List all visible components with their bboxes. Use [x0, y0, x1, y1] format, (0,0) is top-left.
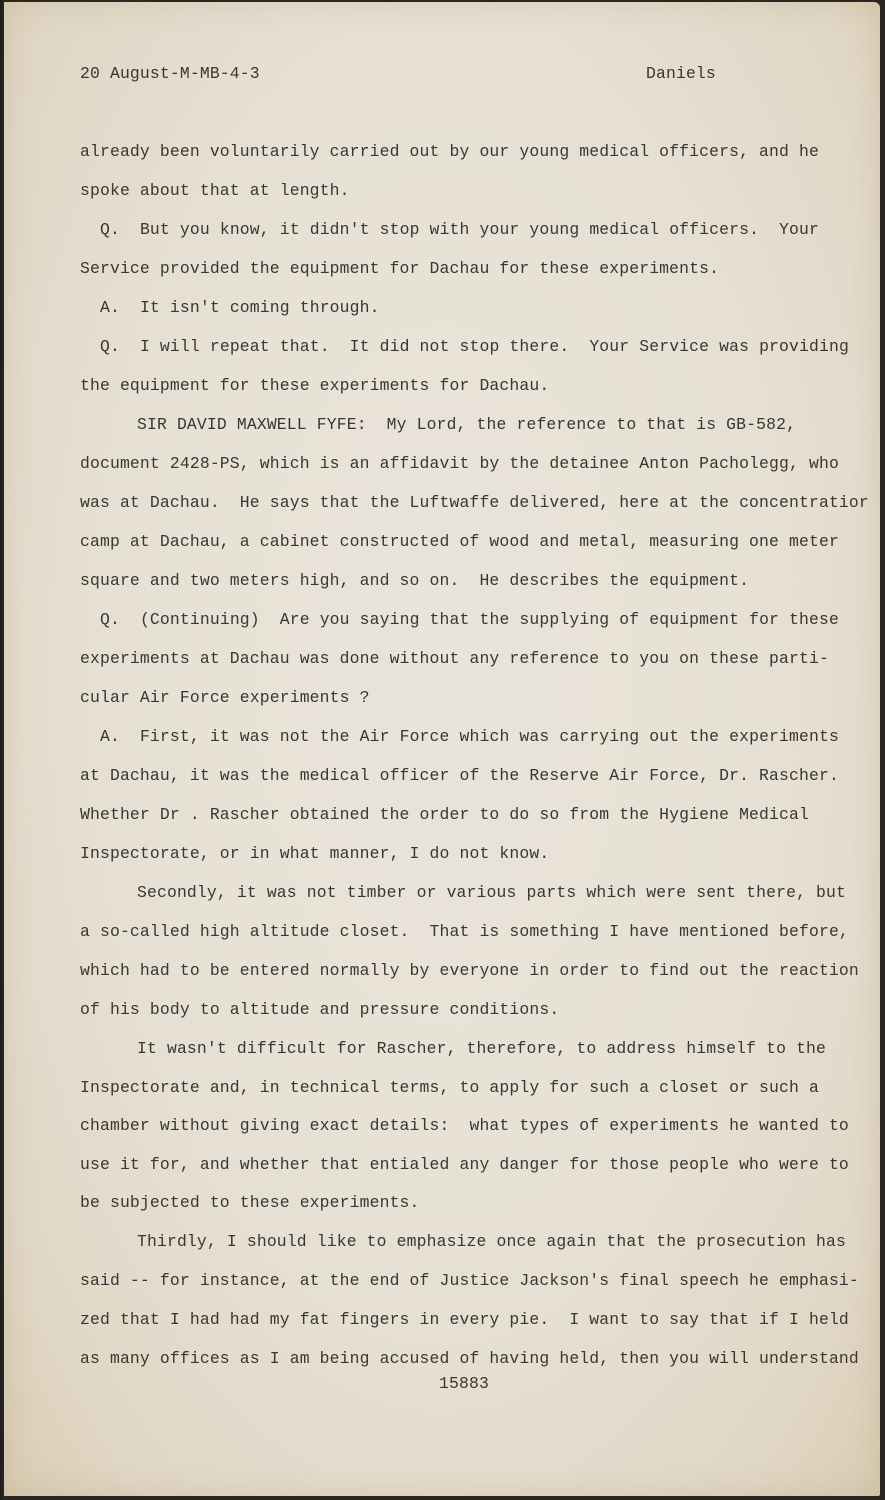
transcript-line: Q. I will repeat that. It did not stop t…	[100, 339, 849, 355]
transcript-line: which had to be entered normally by ever…	[80, 963, 859, 979]
transcript-line: be subjected to these experiments.	[80, 1195, 420, 1211]
transcript-line: Thirdly, I should like to emphasize once…	[137, 1234, 846, 1250]
header-name: Daniels	[646, 66, 716, 82]
transcript-line: at Dachau, it was the medical officer of…	[80, 768, 839, 784]
transcript-line: chamber without giving exact details: wh…	[80, 1118, 849, 1134]
transcript-line: Service provided the equipment for Dacha…	[80, 261, 719, 277]
transcript-line: A. It isn't coming through.	[100, 300, 380, 316]
transcript-line: experiments at Dachau was done without a…	[80, 651, 829, 667]
transcript-line: of his body to altitude and pressure con…	[80, 1002, 559, 1018]
typewritten-page: 20 August-M-MB-4-3 Daniels already been …	[4, 2, 880, 1496]
transcript-line: camp at Dachau, a cabinet constructed of…	[80, 534, 839, 550]
transcript-line: cular Air Force experiments ?	[80, 690, 370, 706]
transcript-line: already been voluntarily carried out by …	[80, 144, 819, 160]
transcript-line: It wasn't difficult for Rascher, therefo…	[137, 1041, 826, 1057]
page-number: 15883	[439, 1376, 489, 1392]
transcript-line: as many offices as I am being accused of…	[80, 1351, 859, 1367]
transcript-line: Q. (Continuing) Are you saying that the …	[100, 612, 839, 628]
transcript-line: A. First, it was not the Air Force which…	[100, 729, 839, 745]
transcript-line: a so-called high altitude closet. That i…	[80, 924, 849, 940]
transcript-line: zed that I had had my fat fingers in eve…	[80, 1312, 849, 1328]
transcript-line: document 2428-PS, which is an affidavit …	[80, 456, 839, 472]
header-reference: 20 August-M-MB-4-3	[80, 66, 260, 82]
transcript-line: spoke about that at length.	[80, 183, 350, 199]
transcript-line: Inspectorate, or in what manner, I do no…	[80, 846, 549, 862]
transcript-line: Secondly, it was not timber or various p…	[137, 885, 846, 901]
transcript-line: was at Dachau. He says that the Luftwaff…	[80, 495, 869, 511]
transcript-line: the equipment for these experiments for …	[80, 378, 549, 394]
transcript-line: square and two meters high, and so on. H…	[80, 573, 749, 589]
transcript-line: said -- for instance, at the end of Just…	[80, 1273, 859, 1289]
transcript-line: use it for, and whether that entialed an…	[80, 1157, 849, 1173]
transcript-line: Whether Dr . Rascher obtained the order …	[80, 807, 809, 823]
transcript-line: SIR DAVID MAXWELL FYFE: My Lord, the ref…	[137, 417, 796, 433]
transcript-line: Q. But you know, it didn't stop with you…	[100, 222, 819, 238]
transcript-line: Inspectorate and, in technical terms, to…	[80, 1080, 819, 1096]
